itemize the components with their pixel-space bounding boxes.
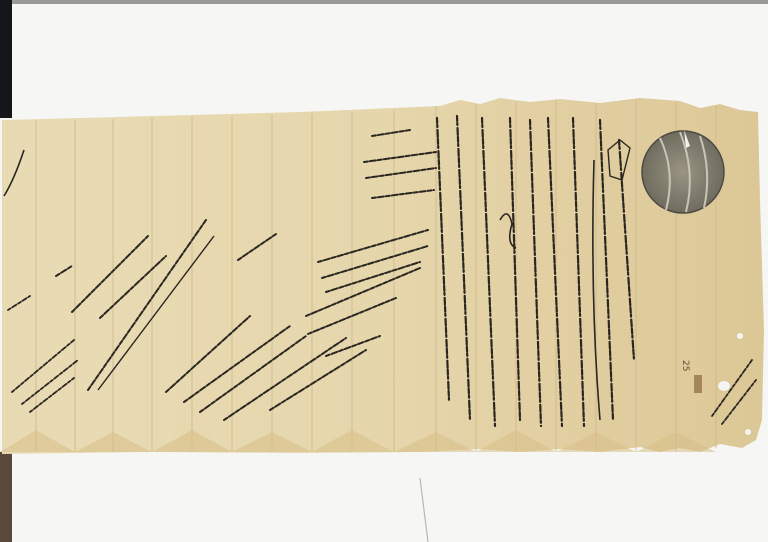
backing-crack — [420, 478, 428, 542]
folio-number: 25 — [680, 360, 690, 371]
manuscript-paper: 25 — [0, 0, 768, 542]
manuscript-scan: 25 — [0, 0, 768, 542]
seal-impression — [642, 130, 724, 213]
stain-mark — [694, 375, 702, 393]
